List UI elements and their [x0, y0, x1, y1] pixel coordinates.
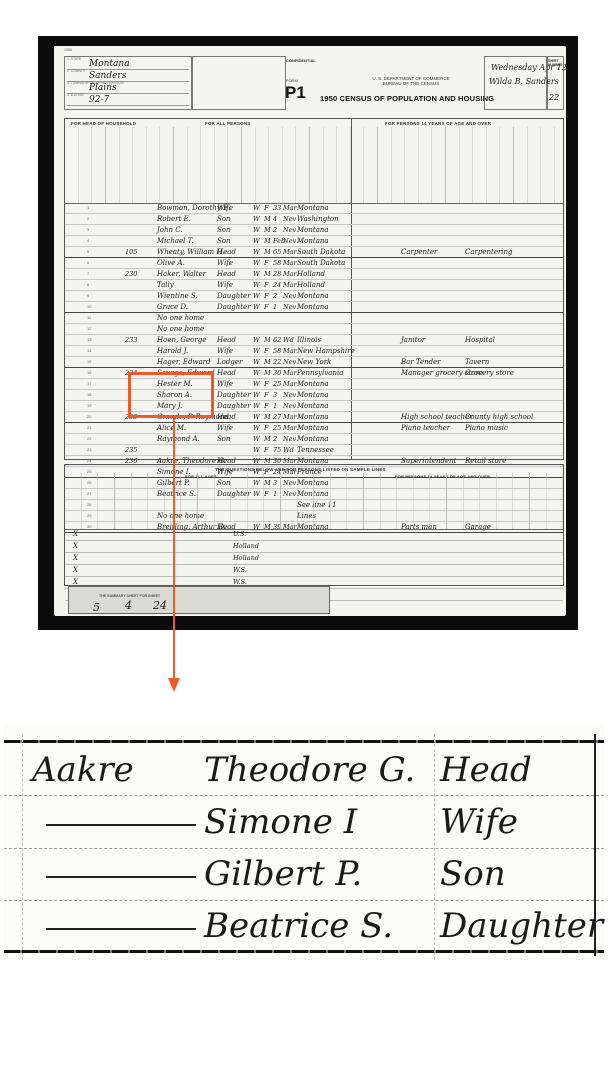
cell-birthplace: South Dakota: [297, 248, 345, 256]
cell-relation: Head: [217, 369, 236, 377]
cell-birthplace: South Dakota: [297, 259, 345, 267]
cell-line: 1: [87, 205, 89, 210]
cell-relation: Daughter: [217, 292, 251, 300]
detail-entry: Gilbert P.Son: [4, 850, 604, 902]
cell-marital: Mar: [283, 270, 297, 278]
connector-line: [173, 418, 175, 680]
place-value: Plains: [89, 83, 117, 93]
cell-age: 4: [273, 215, 277, 223]
cell-sex: F: [264, 391, 269, 399]
cell-age: 30: [273, 369, 281, 377]
ed-value: 92-7: [89, 95, 109, 105]
cell-birthplace: Tennessee: [297, 446, 334, 454]
cell-marital: Mar: [283, 380, 297, 388]
cell-name: Michael T.: [157, 237, 193, 245]
highlight-box: [128, 372, 214, 418]
cell-line: 5: [87, 249, 89, 254]
cell-race: W: [253, 424, 260, 432]
cell-relation: Son: [217, 226, 231, 234]
ditto-dash: [46, 876, 196, 878]
cell-race: W: [253, 248, 260, 256]
cell-occupation: Janitor: [401, 336, 425, 344]
detail-entry: Beatrice S.Daughter: [4, 902, 604, 954]
summary-count-b: 4: [125, 599, 132, 612]
cell-relation: Head: [217, 413, 236, 421]
table-row: 6Olive A.WifeWF58MarSouth Dakota: [65, 258, 563, 269]
column-headers: [65, 127, 563, 204]
cell-line: 20: [87, 414, 91, 419]
detail-given-name: Beatrice S.: [204, 906, 393, 946]
arrow-down-icon: [168, 678, 180, 692]
form-title-block: CONFIDENTIAL FORM P1 U. S. DEPARTMENT OF…: [286, 56, 482, 108]
table-row: 21Alice M.WifeWF25MarMontanaPiano teache…: [65, 423, 563, 434]
sample-row: XHolland: [65, 553, 563, 565]
cell-line: 15: [87, 359, 91, 364]
detail-surname: Aakre: [32, 750, 134, 790]
cell-marital: Mar: [283, 347, 297, 355]
cell-sex: F: [264, 446, 269, 454]
state-value: Montana: [89, 59, 130, 69]
table-row: 8TallyWifeWF24MarHolland: [65, 280, 563, 291]
ditto-dash: [46, 824, 196, 826]
cell-relation: Son: [217, 237, 231, 245]
cell-line: 14: [87, 348, 91, 353]
cell-name: Haker, Walter: [157, 270, 206, 278]
confidential-label: CONFIDENTIAL: [286, 58, 316, 63]
cell-race: W: [253, 292, 260, 300]
cell-birthplace: Montana: [297, 380, 329, 388]
detail-given-name: Gilbert P.: [204, 854, 362, 894]
cell-line: 18: [87, 392, 91, 397]
cell-race: W: [253, 446, 260, 454]
cell-birthplace: New Hampshire: [297, 347, 355, 355]
table-row: 11No one home: [65, 313, 563, 324]
cell-sex: F: [264, 204, 269, 212]
sample-title: THE QUESTIONS BELOW ARE FOR PERSONS LIST…: [215, 467, 386, 472]
cell-birthplace: Holland: [233, 542, 259, 550]
census-title: 1950 CENSUS OF POPULATION AND HOUSING: [320, 94, 494, 103]
cell-age: 2: [273, 292, 277, 300]
cell-race: W: [253, 435, 260, 443]
cell-marital: Mar: [283, 424, 297, 432]
census-sheet: 1950 1. State Montana 2. County Sanders …: [54, 46, 566, 616]
table-row: 5105Wheaty, William H.HeadWM65MarSouth D…: [65, 247, 563, 258]
cell-marital: Nev: [283, 435, 296, 443]
table-row: 12No one home: [65, 324, 563, 335]
cell-relation: Wife: [217, 380, 233, 388]
cell-birthplace: Holland: [233, 554, 259, 562]
detail-given-name: Theodore G.: [204, 750, 415, 790]
cell-birthplace: Montana: [297, 424, 329, 432]
cell-age: 22: [273, 358, 281, 366]
cell-line: 11: [87, 315, 91, 320]
cell-line: 9: [87, 293, 89, 298]
cell-industry: County high school: [465, 413, 533, 421]
cell-marital: Mar: [283, 204, 297, 212]
cell-mark: X: [73, 554, 78, 562]
cell-age: 2: [273, 435, 277, 443]
cell-age: 33: [273, 204, 281, 212]
cell-name: Raymond A.: [157, 435, 200, 443]
sample-row: XW.S.: [65, 565, 563, 577]
cell-marital: Nev: [283, 292, 296, 300]
cell-name: Harold J.: [157, 347, 188, 355]
cell-sex: F: [264, 380, 269, 388]
detail-relationship: Head: [440, 750, 532, 790]
cell-industry: Grocery store: [465, 369, 514, 377]
cell-age: 25: [273, 380, 281, 388]
cell-relation: Wife: [217, 424, 233, 432]
cell-age: 2: [273, 226, 277, 234]
cell-age: 27: [273, 413, 281, 421]
section-household: FOR HEAD OF HOUSEHOLD: [71, 121, 136, 126]
cell-race: W: [253, 226, 260, 234]
cell-age: 65: [273, 248, 281, 256]
cell-race: W: [253, 380, 260, 388]
ed-field: 4. E.D. No. 92-7: [67, 93, 189, 106]
cell-mark: X: [73, 542, 78, 550]
census-scan: 1950 1. State Montana 2. County Sanders …: [38, 36, 578, 630]
cell-birthplace: W.S.: [233, 566, 247, 574]
cell-age: 24: [273, 281, 281, 289]
cell-mark: X: [73, 530, 78, 538]
cell-sex: M: [264, 226, 271, 234]
cell-relation: Head: [217, 248, 236, 256]
summary-count-a: 5: [93, 601, 100, 614]
cell-sex: M: [264, 358, 271, 366]
cell-occupation: Bar Tender: [401, 358, 441, 366]
cell-name: Wientine S.: [157, 292, 198, 300]
table-row: 7230Haker, WalterHeadWM28MarHolland: [65, 269, 563, 280]
cell-age: 1: [273, 402, 277, 410]
cell-race: W: [253, 281, 260, 289]
summary-count-c: 24: [153, 599, 167, 612]
cell-sex: M: [264, 248, 271, 256]
detail-relationship: Wife: [440, 802, 518, 842]
cell-birthplace: Montana: [297, 413, 329, 421]
cell-line: 6: [87, 260, 89, 265]
cell-age: 75: [273, 446, 281, 454]
cell-race: W: [253, 237, 260, 245]
cell-marital: Nev: [283, 215, 296, 223]
cell-line: 7: [87, 271, 89, 276]
cell-race: W: [253, 336, 260, 344]
cell-name: Grace D.: [157, 303, 188, 311]
cell-race: W: [253, 347, 260, 355]
cell-relation: Wife: [217, 204, 233, 212]
cell-race: W: [253, 358, 260, 366]
cell-mark: X: [73, 566, 78, 574]
cell-line: 19: [87, 403, 91, 408]
cell-age: 58: [273, 347, 281, 355]
cell-line: 4: [87, 238, 89, 243]
address-fields: [192, 56, 286, 110]
form-id: P1: [285, 83, 306, 103]
cell-name: No one home: [157, 314, 204, 322]
cell-birthplace: New York: [297, 358, 331, 366]
cell-sex: F: [264, 281, 269, 289]
cell-relation: Son: [217, 435, 231, 443]
table-row: 13233Hoen, GeorgeHeadWM62WdIllinoisJanit…: [65, 335, 563, 346]
cell-marital: Nev: [283, 226, 296, 234]
county-value: Sanders: [89, 71, 126, 81]
sample-lines-section: THE QUESTIONS BELOW ARE FOR PERSONS LIST…: [64, 464, 564, 586]
cell-line: 10: [87, 304, 91, 309]
cell-mark: X: [73, 578, 78, 586]
detail-relationship: Daughter: [440, 906, 603, 946]
form-year: 1950: [64, 49, 72, 53]
table-row: 10Grace D.DaughterWF1NevMontana: [65, 302, 563, 313]
table-row: 14Harold J.WifeWF58MarNew Hampshire: [65, 346, 563, 357]
cell-relation: Head: [217, 336, 236, 344]
sheet-number-box: SHEET NUMBER 22: [546, 56, 564, 110]
cell-house: 105: [125, 248, 137, 256]
cell-sex: M: [264, 237, 271, 245]
cell-birthplace: Washington: [297, 215, 339, 223]
detail-bottom-rule: [4, 950, 604, 953]
cell-sex: F: [264, 347, 269, 355]
cell-marital: Mar: [283, 369, 297, 377]
cell-age: 1: [273, 303, 277, 311]
cell-line: 16: [87, 370, 91, 375]
table-row: 3John C.SonWM2NevMontana: [65, 225, 563, 236]
cell-birthplace: Montana: [297, 391, 329, 399]
cell-birthplace: Montana: [297, 402, 329, 410]
sample-row: XHolland: [65, 541, 563, 553]
cell-marital: Nev: [283, 237, 296, 245]
cell-industry: Piano music: [465, 424, 508, 432]
cell-relation: Lodger: [217, 358, 242, 366]
cell-name: John C.: [157, 226, 183, 234]
cell-line: 21: [87, 425, 91, 430]
table-row: 15Hager, EdwardLodgerWM22NevNew YorkBar …: [65, 357, 563, 368]
cell-marital: Nev: [283, 358, 296, 366]
cell-race: W: [253, 413, 260, 421]
cell-birthplace: Montana: [297, 292, 329, 300]
cell-line: 2: [87, 216, 89, 221]
cell-name: Tally: [157, 281, 174, 289]
cell-occupation: Piano teacher: [401, 424, 450, 432]
cell-relation: Daughter: [217, 402, 251, 410]
cell-industry: Hospital: [465, 336, 495, 344]
cell-race: W: [253, 259, 260, 267]
cell-marital: Wd: [283, 446, 294, 454]
cell-birthplace: Montana: [297, 204, 329, 212]
cell-line: 24: [87, 458, 91, 463]
section-age14: FOR PERSONS 14 YEARS OF AGE AND OVER: [385, 121, 491, 126]
detail-entry: Simone IWife: [4, 798, 604, 850]
cell-line: 22: [87, 436, 91, 441]
cell-name: Hoen, George: [157, 336, 206, 344]
cell-sex: M: [264, 215, 271, 223]
cell-sex: M: [264, 369, 271, 377]
cell-race: W: [253, 402, 260, 410]
table-row: 9Wientine S.DaughterWF2NevMontana: [65, 291, 563, 302]
cell-birthplace: Montana: [297, 237, 329, 245]
cell-name: Olive A.: [157, 259, 185, 267]
table-row: 23235WF75WdTennessee: [65, 445, 563, 456]
cell-line: 8: [87, 282, 89, 287]
cell-age: 28: [273, 270, 281, 278]
table-row: 22Raymond A.SonWM2NevMontana: [65, 434, 563, 445]
cell-age: 62: [273, 336, 281, 344]
section-all-persons: FOR ALL PERSONS: [205, 121, 251, 126]
cell-birthplace: Montana: [297, 303, 329, 311]
detail-entry: AakreTheodore G.Head: [4, 746, 604, 798]
cell-house: 230: [125, 270, 137, 278]
cell-relation: Son: [217, 215, 231, 223]
cell-race: W: [253, 303, 260, 311]
table-row: 1Bowman, Dorothy E.WifeWF33MarMontana: [65, 203, 563, 214]
detail-relationship: Son: [440, 854, 506, 894]
cell-sex: F: [264, 259, 269, 267]
cell-line: 13: [87, 337, 91, 342]
cell-birthplace: W.S.: [233, 578, 247, 586]
cell-house: 235: [125, 446, 137, 454]
cell-marital: Mar: [283, 259, 297, 267]
cell-race: W: [253, 369, 260, 377]
cell-relation: Daughter: [217, 303, 251, 311]
cell-occupation: High school teacher: [401, 413, 473, 421]
table-row: 2Robert E.SonWM4NevWashington: [65, 214, 563, 225]
cell-age: 3: [273, 391, 277, 399]
cell-marital: Mar: [283, 248, 297, 256]
cell-line: 3: [87, 227, 89, 232]
cell-name: No one home: [157, 325, 204, 333]
cell-name: Wheaty, William H.: [157, 248, 225, 256]
cell-birthplace: U.S.: [233, 530, 246, 538]
cell-sex: M: [264, 336, 271, 344]
cell-house: 233: [125, 336, 137, 344]
cell-marital: Nev: [283, 391, 296, 399]
cell-sex: M: [264, 413, 271, 421]
zoomed-detail: AakreTheodore G.HeadSimone IWifeGilbert …: [4, 724, 604, 960]
cell-relation: Wife: [217, 347, 233, 355]
cell-sex: M: [264, 270, 271, 278]
cell-race: W: [253, 215, 260, 223]
sample-row: XU.S.: [65, 529, 563, 541]
cell-birthplace: Illinois: [297, 336, 321, 344]
cell-marital: Nev: [283, 303, 296, 311]
cell-birthplace: Pennsylvania: [297, 369, 343, 377]
ditto-dash: [46, 928, 196, 930]
summary-box: THE SUMMARY SHEET FOR SHEET 5 4 24: [68, 586, 330, 614]
sheet-number: 22: [549, 93, 559, 102]
cell-marital: Nev: [283, 402, 296, 410]
cell-marital: Mar: [283, 281, 297, 289]
cell-race: W: [253, 270, 260, 278]
cell-marital: Wd: [283, 336, 294, 344]
cell-relation: Daughter: [217, 391, 251, 399]
cell-birthplace: Holland: [297, 281, 325, 289]
cell-birthplace: Holland: [297, 270, 325, 278]
cell-marital: Mar: [283, 413, 297, 421]
sample-column-headers: [65, 473, 563, 530]
cell-sex: M: [264, 435, 271, 443]
table-row: 4Michael T.SonWMFebNevMontana: [65, 236, 563, 247]
cell-line: 17: [87, 381, 91, 386]
cell-occupation: Carpenter: [401, 248, 437, 256]
cell-birthplace: Montana: [297, 226, 329, 234]
detail-given-name: Simone I: [204, 802, 357, 842]
cell-industry: Carpentering: [465, 248, 513, 256]
cell-sex: F: [264, 303, 269, 311]
cell-name: Alice M.: [157, 424, 186, 432]
cell-relation: Head: [217, 270, 236, 278]
cell-line: 23: [87, 447, 91, 452]
cell-sex: F: [264, 424, 269, 432]
cell-race: W: [253, 391, 260, 399]
cell-sex: F: [264, 292, 269, 300]
cell-name: Robert E.: [157, 215, 191, 223]
location-fields: 1. State Montana 2. County Sanders 3. To…: [64, 56, 192, 110]
cell-age: 25: [273, 424, 281, 432]
cell-race: W: [253, 204, 260, 212]
cell-relation: Wife: [217, 281, 233, 289]
department-label: U. S. DEPARTMENT OF COMMERCE BUREAU OF T…: [356, 76, 466, 86]
cell-birthplace: Montana: [297, 435, 329, 443]
cell-age: 58: [273, 259, 281, 267]
cell-name: Hager, Edward: [157, 358, 211, 366]
detail-top-rule: [4, 740, 604, 743]
cell-line: 12: [87, 326, 91, 331]
cell-industry: Tavern: [465, 358, 489, 366]
cell-relation: Wife: [217, 259, 233, 267]
cell-sex: F: [264, 402, 269, 410]
enumerator-fields: Wednesday Apr 12 Wilda B. Sanders: [484, 56, 548, 110]
